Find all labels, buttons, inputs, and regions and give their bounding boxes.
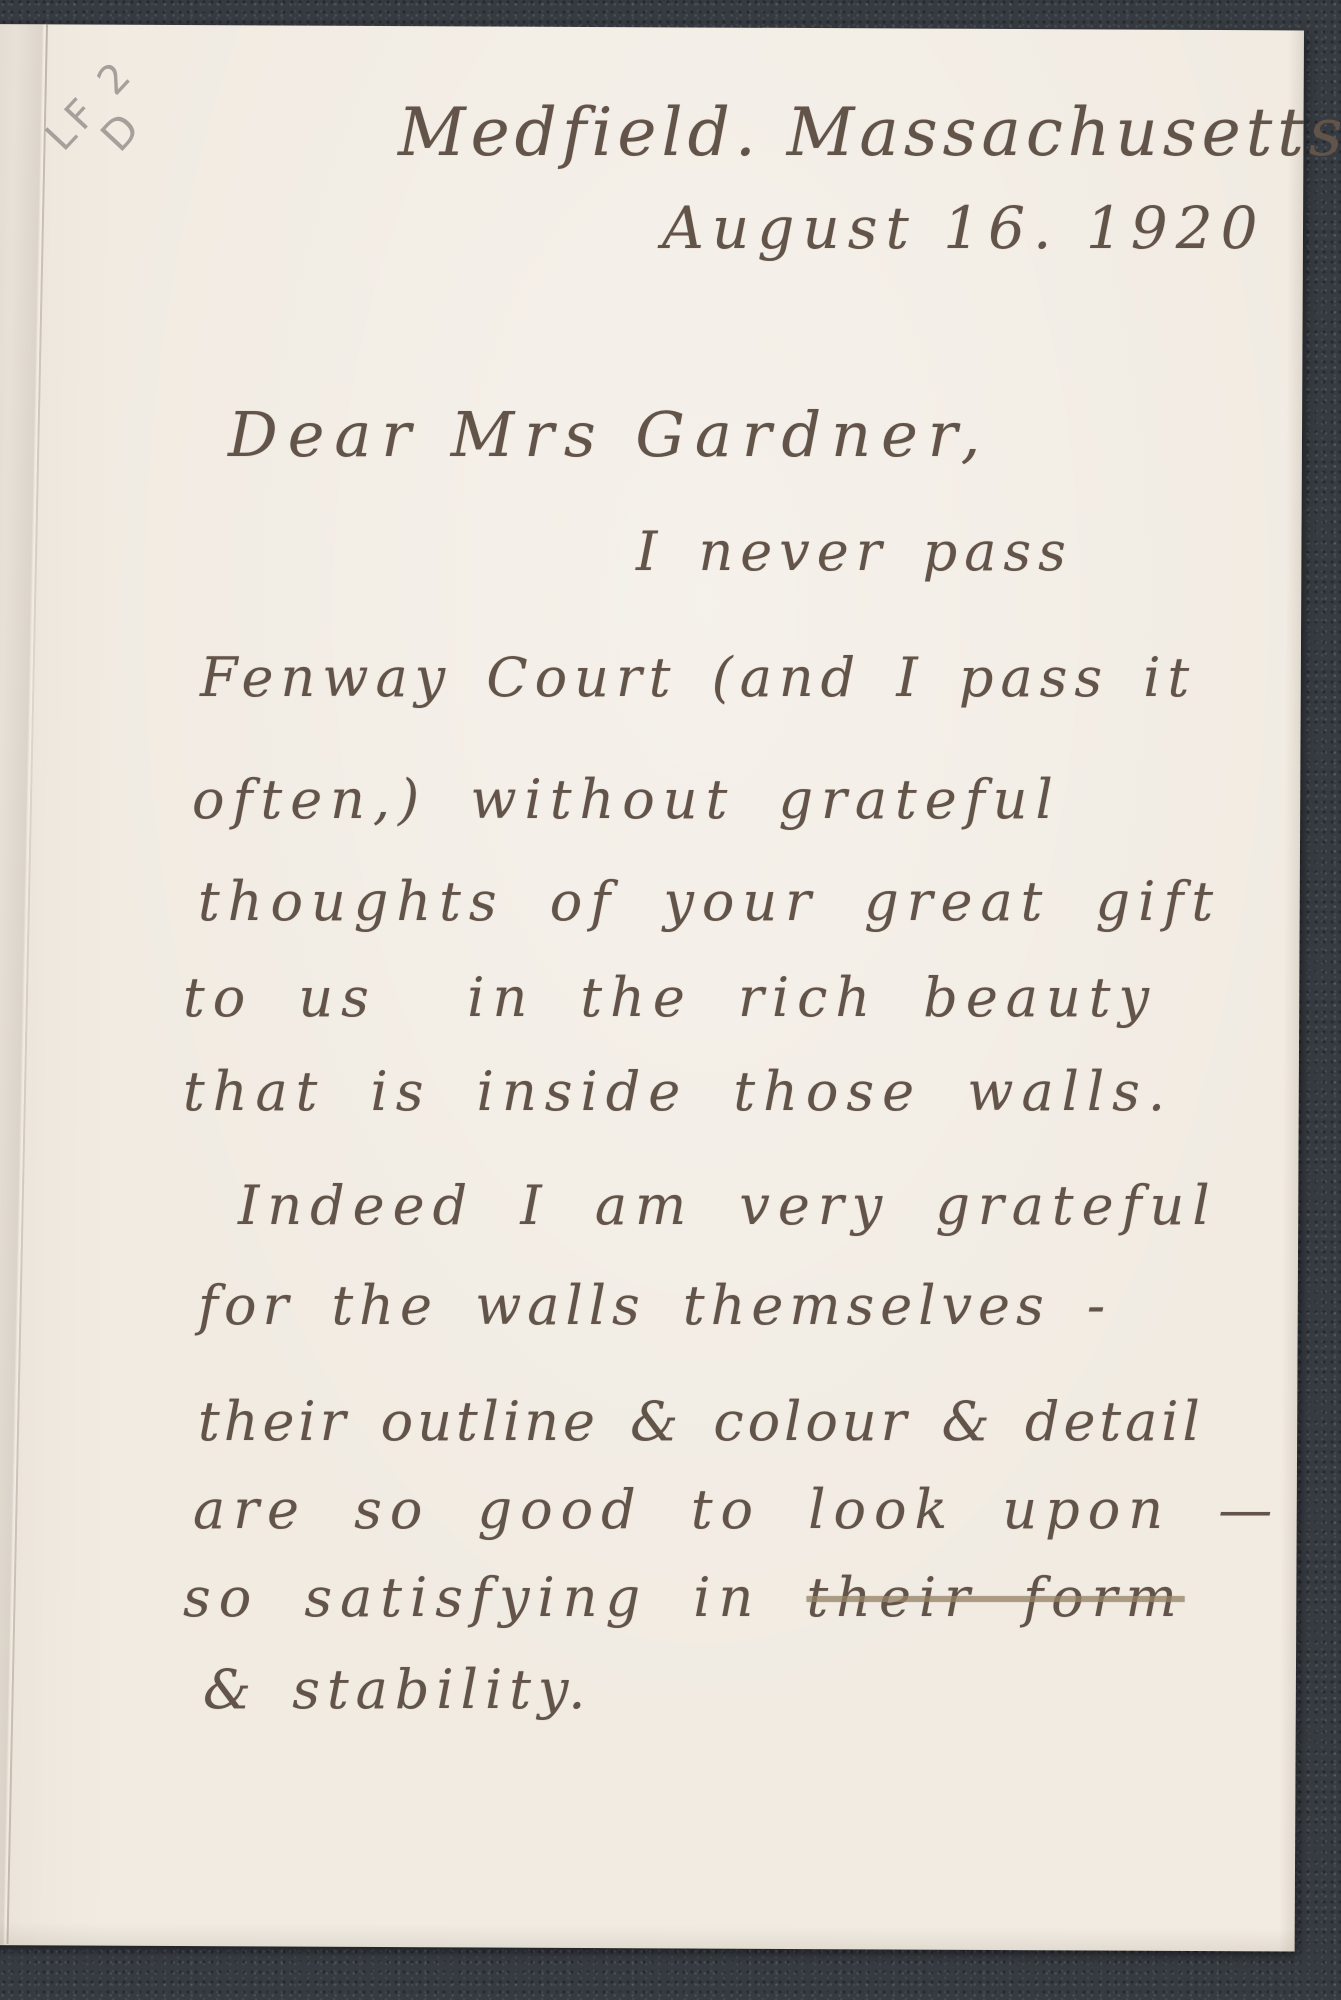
handwriting-line-2: Fenway Court (and I pass it xyxy=(200,648,1196,708)
fold-shadow xyxy=(0,24,44,1945)
handwriting-line-11-text: so satisfying in xyxy=(183,1566,806,1629)
handwriting-line-9: their outline & colour & detail xyxy=(198,1392,1204,1452)
handwriting-line-1: I never pass xyxy=(636,522,1073,582)
handwriting-line-8: for the walls themselves - xyxy=(198,1276,1111,1336)
handwriting-line-10: are so good to look upon — xyxy=(193,1480,1280,1540)
handwriting-line-4: thoughts of your great gift xyxy=(198,872,1221,932)
salutation-line: Dear Mrs Gardner, xyxy=(228,400,990,469)
letter-date-line: August 16. 1920 xyxy=(662,196,1266,261)
letter-place-line: Medfield. Massachusetts xyxy=(398,96,1341,170)
struck-through-words: their form xyxy=(806,1566,1184,1629)
photographed-letter-scene: LF 2 D Medfield. Massachusetts August 16… xyxy=(0,0,1341,2000)
handwriting-line-3: often,) without grateful xyxy=(192,770,1061,830)
handwriting-line-5: to us in the rich beauty xyxy=(183,968,1157,1028)
handwriting-line-6: that is inside those walls. xyxy=(183,1062,1173,1122)
handwriting-line-7: Indeed I am very grateful xyxy=(238,1176,1218,1236)
handwriting-line-12: & stability. xyxy=(203,1660,592,1720)
handwriting-line-11: so satisfying in their form xyxy=(183,1568,1185,1628)
